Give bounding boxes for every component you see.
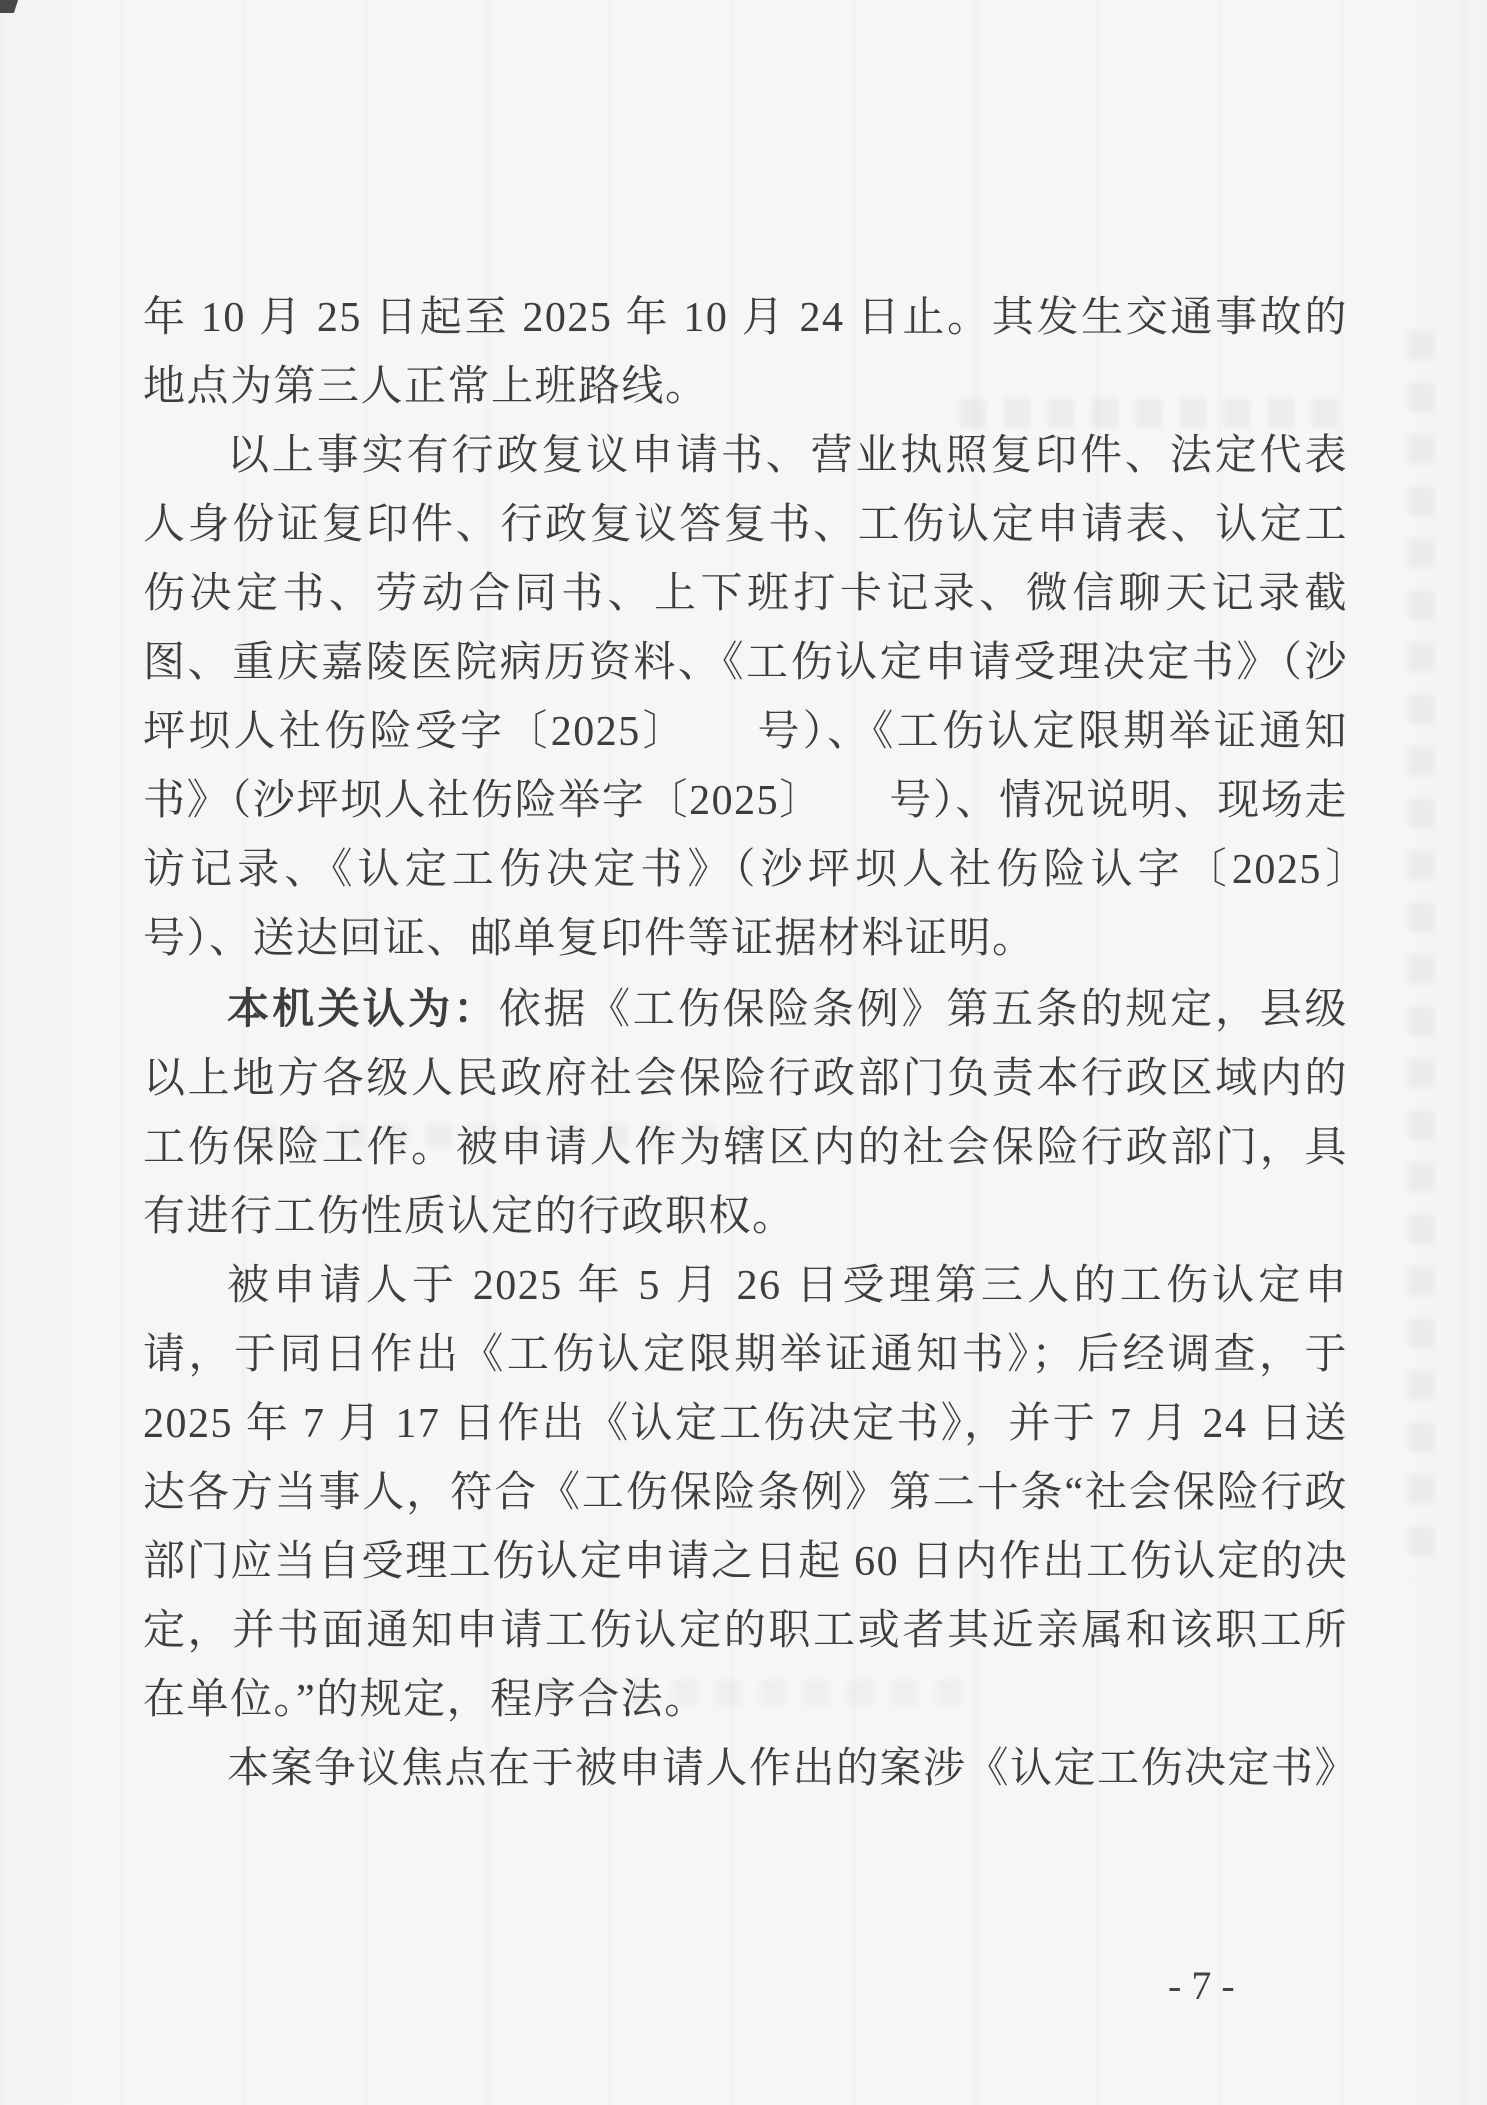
paragraph-bold-lead: 本机关认为： [227, 985, 499, 1032]
paragraph-text: 被申请人于 2025 年 5 月 26 日受理第三人的工伤认定申请，于同日作出《… [143, 1263, 1348, 1723]
bleedthrough-artifact [1408, 330, 1434, 1580]
paragraph-text: 本案争议焦点在于被申请人作出的案涉《认定工伤决定书》 [227, 1746, 1358, 1792]
paragraph-authority-opinion: 本机关认为：依据《工伤保险条例》第五条的规定，县级以上地方各级人民政府社会保险行… [143, 974, 1348, 1252]
paragraph-continuation: 年 10 月 25 日起至 2025 年 10 月 24 日止。其发生交通事故的… [143, 284, 1348, 422]
document-body: 年 10 月 25 日起至 2025 年 10 月 24 日止。其发生交通事故的… [143, 284, 1348, 1804]
scanned-document-page: 年 10 月 25 日起至 2025 年 10 月 24 日止。其发生交通事故的… [0, 0, 1487, 2105]
paragraph-dispute-focus: 本案争议焦点在于被申请人作出的案涉《认定工伤决定书》 [143, 1735, 1348, 1804]
page-number: -7- [1168, 1962, 1245, 2009]
paragraph-text: 以上事实有行政复议申请书、营业执照复印件、法定代表人身份证复印件、行政复议答复书… [143, 433, 1435, 962]
scan-corner-artifact [0, 0, 18, 13]
paragraph-evidence-list: 以上事实有行政复议申请书、营业执照复印件、法定代表人身份证复印件、行政复议答复书… [143, 422, 1348, 974]
paragraph-text: 年 10 月 25 日起至 2025 年 10 月 24 日止。其发生交通事故的… [143, 295, 1348, 410]
paragraph-procedure-legality: 被申请人于 2025 年 5 月 26 日受理第三人的工伤认定申请，于同日作出《… [143, 1252, 1348, 1735]
